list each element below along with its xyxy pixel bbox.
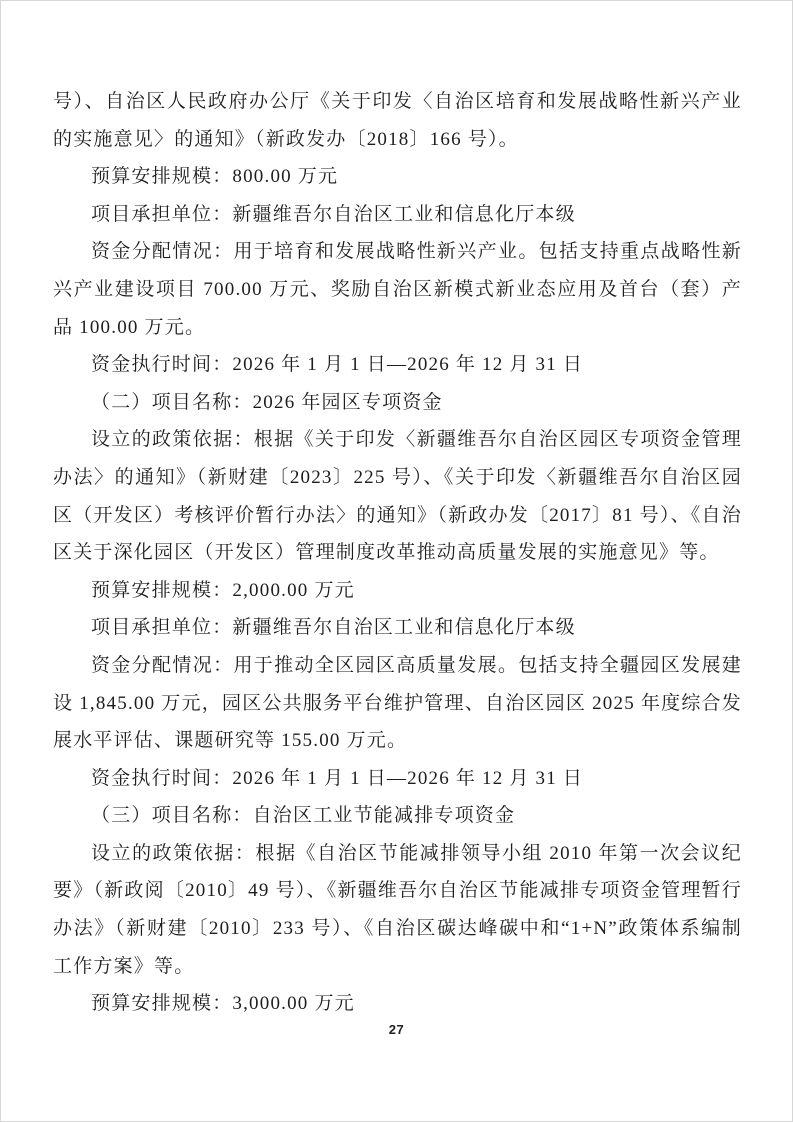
paragraph-policy-basis-3: 设立的政策依据：根据《自治区节能减排领导小组 2010 年第一次会议纪要》（新政… (53, 835, 742, 985)
paragraph-budget-scale-2: 预算安排规模：2,000.00 万元 (53, 572, 742, 610)
paragraph-undertaking-unit-2: 项目承担单位：新疆维吾尔自治区工业和信息化厅本级 (53, 609, 742, 647)
paragraph-fund-allocation-1: 资金分配情况：用于培育和发展战略性新兴产业。包括支持重点战略性新兴产业建设项目 … (53, 233, 742, 346)
paragraph-budget-scale-3: 预算安排规模：3,000.00 万元 (53, 985, 742, 1023)
document-page: 号）、自治区人民政府办公厅《关于印发〈自治区培育和发展战略性新兴产业的实施意见〉… (1, 1, 793, 1023)
paragraph-budget-scale-1: 预算安排规模：800.00 万元 (53, 158, 742, 196)
paragraph-project-title-3: （三）项目名称：自治区工业节能减排专项资金 (53, 797, 742, 835)
paragraph-project-title-2: （二）项目名称：2026 年园区专项资金 (53, 384, 742, 422)
paragraph-execution-period-2: 资金执行时间：2026 年 1 月 1 日—2026 年 12 月 31 日 (53, 760, 742, 798)
paragraph-policy-basis-2: 设立的政策依据：根据《关于印发〈新疆维吾尔自治区园区专项资金管理办法〉的通知》（… (53, 421, 742, 571)
page-footer: 27 (1, 1021, 792, 1039)
paragraph-continuation-policy-basis-1: 号）、自治区人民政府办公厅《关于印发〈自治区培育和发展战略性新兴产业的实施意见〉… (53, 83, 742, 158)
paragraph-execution-period-1: 资金执行时间：2026 年 1 月 1 日—2026 年 12 月 31 日 (53, 346, 742, 384)
page-number: 27 (389, 1022, 404, 1037)
paragraph-undertaking-unit-1: 项目承担单位：新疆维吾尔自治区工业和信息化厅本级 (53, 196, 742, 234)
paragraph-fund-allocation-2: 资金分配情况：用于推动全区园区高质量发展。包括支持全疆园区发展建设 1,845.… (53, 647, 742, 760)
